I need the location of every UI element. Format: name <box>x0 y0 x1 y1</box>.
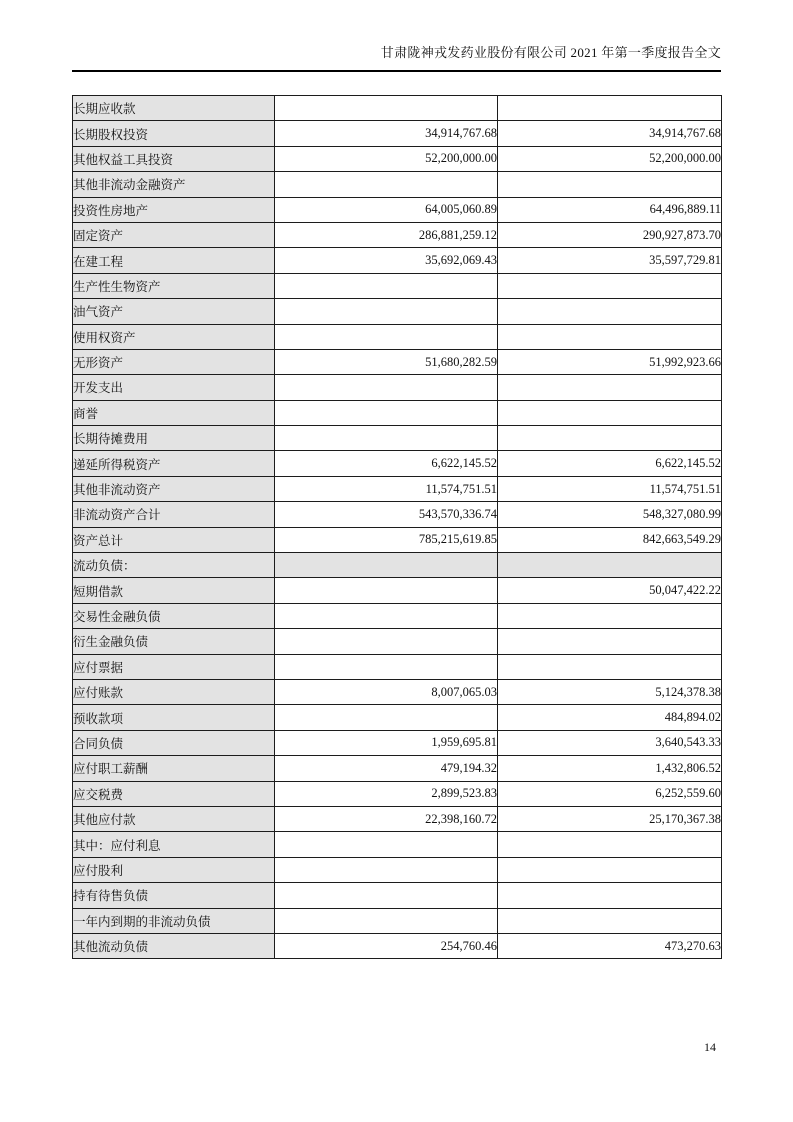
row-label: 其他非流动资产 <box>73 476 275 501</box>
page-number: 14 <box>698 1040 722 1055</box>
table-row: 资产总计785,215,619.85842,663,549.29 <box>73 527 722 552</box>
value-col2 <box>498 603 722 628</box>
value-col1: 22,398,160.72 <box>275 806 498 831</box>
value-col2 <box>498 654 722 679</box>
value-col2 <box>498 908 722 933</box>
value-col2 <box>498 883 722 908</box>
table-row: 开发支出 <box>73 375 722 400</box>
row-label: 应付股利 <box>73 857 275 882</box>
value-col2 <box>498 857 722 882</box>
value-col1: 64,005,060.89 <box>275 197 498 222</box>
table-row: 使用权资产 <box>73 324 722 349</box>
table-row: 应付职工薪酬479,194.321,432,806.52 <box>73 756 722 781</box>
row-label: 其他应付款 <box>73 806 275 831</box>
value-col1 <box>275 172 498 197</box>
row-label: 其他流动负债 <box>73 933 275 958</box>
value-col1: 785,215,619.85 <box>275 527 498 552</box>
value-col1 <box>275 603 498 628</box>
value-col1: 51,680,282.59 <box>275 349 498 374</box>
value-col1: 35,692,069.43 <box>275 248 498 273</box>
value-col1 <box>275 426 498 451</box>
value-col1 <box>275 832 498 857</box>
value-col1 <box>275 299 498 324</box>
row-label: 应付票据 <box>73 654 275 679</box>
row-label: 生产性生物资产 <box>73 273 275 298</box>
value-col1 <box>275 654 498 679</box>
table-row: 长期应收款 <box>73 96 722 121</box>
table-row: 应交税费2,899,523.836,252,559.60 <box>73 781 722 806</box>
row-label: 一年内到期的非流动负债 <box>73 908 275 933</box>
value-col1 <box>275 908 498 933</box>
value-col2 <box>498 426 722 451</box>
row-label: 开发支出 <box>73 375 275 400</box>
value-col2 <box>498 324 722 349</box>
value-col2: 51,992,923.66 <box>498 349 722 374</box>
table-row: 流动负债： <box>73 553 722 578</box>
value-col2: 290,927,873.70 <box>498 222 722 247</box>
table-row: 应付账款8,007,065.035,124,378.38 <box>73 679 722 704</box>
value-col1 <box>275 578 498 603</box>
row-label: 预收款项 <box>73 705 275 730</box>
row-label: 流动负债： <box>73 553 275 578</box>
value-col2: 34,914,767.68 <box>498 121 722 146</box>
row-label: 短期借款 <box>73 578 275 603</box>
value-col1 <box>275 705 498 730</box>
table-row: 生产性生物资产 <box>73 273 722 298</box>
table-row: 持有待售负债 <box>73 883 722 908</box>
value-col1: 543,570,336.74 <box>275 502 498 527</box>
table-row: 交易性金融负债 <box>73 603 722 628</box>
table-row: 其他权益工具投资52,200,000.0052,200,000.00 <box>73 146 722 171</box>
value-col2: 473,270.63 <box>498 933 722 958</box>
row-label: 非流动资产合计 <box>73 502 275 527</box>
value-col2 <box>498 172 722 197</box>
page-header-title: 甘肃陇神戎发药业股份有限公司 2021 年第一季度报告全文 <box>72 42 721 72</box>
table-row: 预收款项484,894.02 <box>73 705 722 730</box>
table-row: 在建工程35,692,069.4335,597,729.81 <box>73 248 722 273</box>
table-row: 递延所得税资产6,622,145.526,622,145.52 <box>73 451 722 476</box>
value-col1 <box>275 400 498 425</box>
row-label: 递延所得税资产 <box>73 451 275 476</box>
value-col1 <box>275 629 498 654</box>
row-label: 长期股权投资 <box>73 121 275 146</box>
value-col1: 1,959,695.81 <box>275 730 498 755</box>
balance-sheet-table: 长期应收款长期股权投资34,914,767.6834,914,767.68其他权… <box>72 95 722 959</box>
value-col1 <box>275 553 498 578</box>
value-col2 <box>498 400 722 425</box>
value-col2 <box>498 553 722 578</box>
value-col1 <box>275 273 498 298</box>
value-col1 <box>275 857 498 882</box>
table-row: 衍生金融负债 <box>73 629 722 654</box>
value-col2: 1,432,806.52 <box>498 756 722 781</box>
row-label: 固定资产 <box>73 222 275 247</box>
row-label: 其中：应付利息 <box>73 832 275 857</box>
table-row: 投资性房地产64,005,060.8964,496,889.11 <box>73 197 722 222</box>
row-label: 其他非流动金融资产 <box>73 172 275 197</box>
row-label: 无形资产 <box>73 349 275 374</box>
table-row: 一年内到期的非流动负债 <box>73 908 722 933</box>
table-row: 短期借款50,047,422.22 <box>73 578 722 603</box>
row-label: 投资性房地产 <box>73 197 275 222</box>
report-page: 甘肃陇神戎发药业股份有限公司 2021 年第一季度报告全文 长期应收款长期股权投… <box>0 0 793 1122</box>
value-col2 <box>498 832 722 857</box>
value-col2: 11,574,751.51 <box>498 476 722 501</box>
value-col1: 11,574,751.51 <box>275 476 498 501</box>
value-col2 <box>498 375 722 400</box>
row-label: 油气资产 <box>73 299 275 324</box>
table-row: 其他非流动金融资产 <box>73 172 722 197</box>
row-label: 使用权资产 <box>73 324 275 349</box>
table-row: 其他非流动资产11,574,751.5111,574,751.51 <box>73 476 722 501</box>
value-col1 <box>275 375 498 400</box>
value-col2: 6,252,559.60 <box>498 781 722 806</box>
row-label: 长期应收款 <box>73 96 275 121</box>
value-col2: 64,496,889.11 <box>498 197 722 222</box>
table-row: 固定资产286,881,259.12290,927,873.70 <box>73 222 722 247</box>
table-row: 其中：应付利息 <box>73 832 722 857</box>
value-col1 <box>275 883 498 908</box>
value-col2: 52,200,000.00 <box>498 146 722 171</box>
value-col2 <box>498 273 722 298</box>
table-row: 长期股权投资34,914,767.6834,914,767.68 <box>73 121 722 146</box>
value-col2 <box>498 629 722 654</box>
row-label: 交易性金融负债 <box>73 603 275 628</box>
value-col2: 548,327,080.99 <box>498 502 722 527</box>
row-label: 其他权益工具投资 <box>73 146 275 171</box>
value-col2: 6,622,145.52 <box>498 451 722 476</box>
value-col2: 842,663,549.29 <box>498 527 722 552</box>
row-label: 长期待摊费用 <box>73 426 275 451</box>
table-row: 长期待摊费用 <box>73 426 722 451</box>
value-col1: 254,760.46 <box>275 933 498 958</box>
table-row: 应付票据 <box>73 654 722 679</box>
value-col2: 25,170,367.38 <box>498 806 722 831</box>
row-label: 衍生金融负债 <box>73 629 275 654</box>
value-col2: 484,894.02 <box>498 705 722 730</box>
table-row: 商誉 <box>73 400 722 425</box>
value-col2: 50,047,422.22 <box>498 578 722 603</box>
row-label: 商誉 <box>73 400 275 425</box>
table-row: 非流动资产合计543,570,336.74548,327,080.99 <box>73 502 722 527</box>
table-row: 油气资产 <box>73 299 722 324</box>
row-label: 应交税费 <box>73 781 275 806</box>
row-label: 资产总计 <box>73 527 275 552</box>
value-col1: 8,007,065.03 <box>275 679 498 704</box>
value-col1: 479,194.32 <box>275 756 498 781</box>
value-col1: 6,622,145.52 <box>275 451 498 476</box>
table-body: 长期应收款长期股权投资34,914,767.6834,914,767.68其他权… <box>73 96 722 959</box>
table-row: 其他应付款22,398,160.7225,170,367.38 <box>73 806 722 831</box>
row-label: 在建工程 <box>73 248 275 273</box>
table-row: 无形资产51,680,282.5951,992,923.66 <box>73 349 722 374</box>
value-col1 <box>275 324 498 349</box>
value-col2: 35,597,729.81 <box>498 248 722 273</box>
value-col1: 34,914,767.68 <box>275 121 498 146</box>
row-label: 应付职工薪酬 <box>73 756 275 781</box>
table-row: 应付股利 <box>73 857 722 882</box>
value-col1: 52,200,000.00 <box>275 146 498 171</box>
table-row: 合同负债1,959,695.813,640,543.33 <box>73 730 722 755</box>
row-label: 应付账款 <box>73 679 275 704</box>
value-col2 <box>498 299 722 324</box>
table-row: 其他流动负债254,760.46473,270.63 <box>73 933 722 958</box>
value-col2 <box>498 96 722 121</box>
value-col1: 286,881,259.12 <box>275 222 498 247</box>
value-col2: 3,640,543.33 <box>498 730 722 755</box>
value-col2: 5,124,378.38 <box>498 679 722 704</box>
row-label: 合同负债 <box>73 730 275 755</box>
value-col1: 2,899,523.83 <box>275 781 498 806</box>
value-col1 <box>275 96 498 121</box>
row-label: 持有待售负债 <box>73 883 275 908</box>
